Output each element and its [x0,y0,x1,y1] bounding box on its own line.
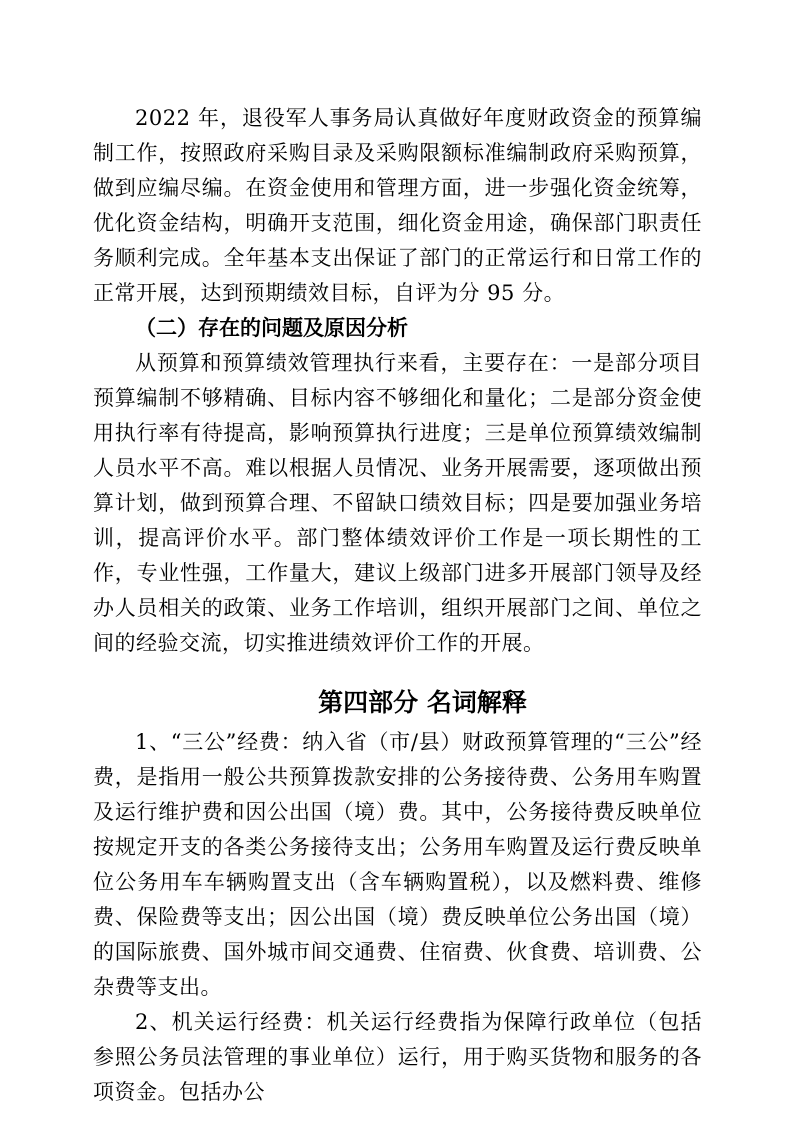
part-four-title: 第四部分 名词解释 [93,683,702,723]
paragraph-term-sangong-expenses: 1、“三公”经费：纳入省（市/县）财政预算管理的“三公”经费，是指用一般公共预算… [93,725,702,1005]
paragraph-problems-analysis: 从预算和预算绩效管理执行来看，主要存在：一是部分项目预算编制不够精确、目标内容不… [93,346,702,661]
paragraph-term-agency-operating-expenses: 2、机关运行经费：机关运行经费指为保障行政单位（包括参照公务员法管理的事业单位）… [93,1005,702,1110]
paragraph-budget-preparation: 2022 年，退役军人事务局认真做好年度财政资金的预算编制工作，按照政府采购目录… [93,101,702,311]
section-heading-problems-analysis: （二）存在的问题及原因分析 [93,311,702,346]
document-page: 2022 年，退役军人事务局认真做好年度财政资金的预算编制工作，按照政府采购目录… [0,0,793,1122]
